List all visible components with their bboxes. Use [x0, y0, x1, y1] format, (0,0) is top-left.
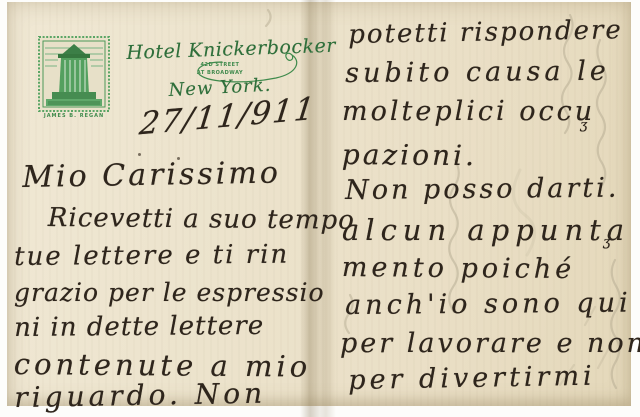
hyphen-mark: ʒ [580, 118, 587, 133]
handwritten-line: subito causa le [345, 56, 610, 89]
handwritten-line: alcun appunta [342, 213, 630, 247]
address-oval-line1: 42D STREET [194, 62, 246, 68]
handwritten-line: ni in dette lettere [14, 311, 264, 343]
handwritten-line: per divertirmi [348, 361, 596, 396]
hotel-building-stamp [38, 36, 110, 112]
handwritten-line: pazioni. [342, 138, 477, 172]
handwritten-line: potetti rispondere [348, 15, 623, 50]
address-oval-line2: AT BROADWAY [194, 70, 246, 76]
handwritten-line: per lavorare e non [340, 328, 640, 359]
ink-dot [138, 153, 141, 156]
letter-photo: JAMES B. REGAN Hotel Knickerbocker 42D S… [0, 0, 640, 417]
handwritten-line: tue lettere e ti rin [14, 240, 289, 272]
stamp-caption: JAMES B. REGAN [36, 113, 112, 119]
handwritten-line: riguardo. Non [14, 377, 266, 414]
salutation: Mio Carissimo [22, 155, 281, 195]
handwritten-line: grazio per le espressio [14, 278, 325, 307]
handwritten-line: anch'io sono qui [345, 287, 632, 320]
hyphen-mark: ʒ [603, 235, 610, 250]
handwritten-line: molteplici occu [342, 96, 595, 127]
handwritten-line: Non posso darti. [345, 173, 620, 206]
handwritten-line: mento poiché [342, 252, 576, 285]
handwritten-line: Ricevetti a suo tempo [48, 203, 355, 236]
